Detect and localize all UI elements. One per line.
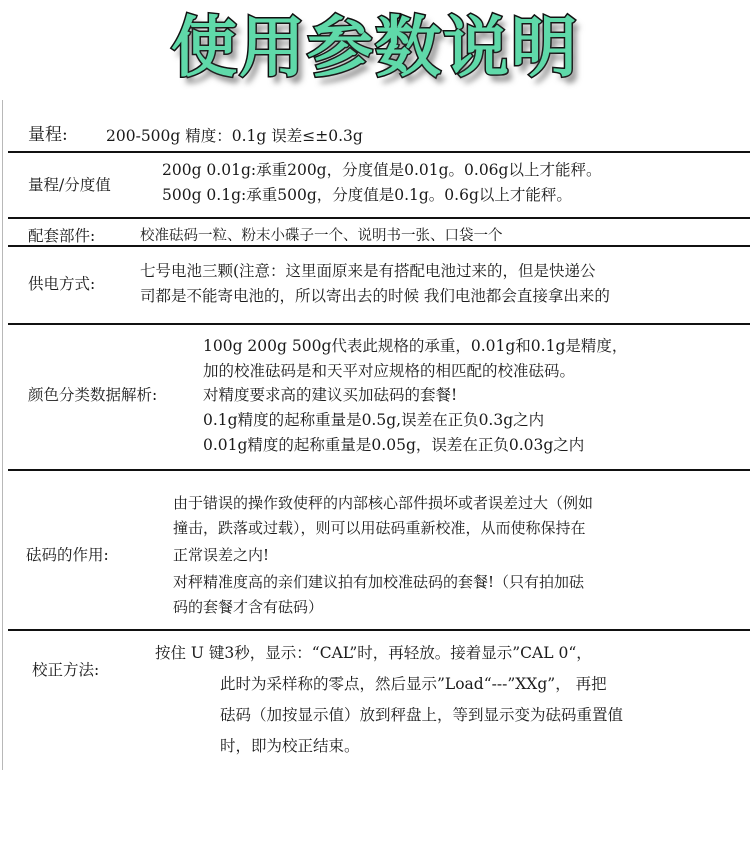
divider — [8, 245, 750, 247]
calibration-label: 校正方法: — [32, 658, 99, 682]
weight-use-line-5: 码的套餐才含有砝码） — [173, 595, 323, 619]
title-banner: 使用参数说明 — [0, 4, 750, 96]
divider — [8, 217, 750, 219]
calibration-line-2: 此时为采样称的零点，然后显示”Load“---”XXg”， 再把 — [220, 672, 607, 696]
divider — [8, 629, 750, 631]
color-class-line-1: 100g 200g 500g代表此规格的承重，0.01g和0.1g是精度， — [203, 334, 627, 358]
range-label: 量程: — [28, 123, 68, 147]
power-line-1: 七号电池三颗(注意：这里面原来是有搭配电池过来的，但是快递公 — [140, 259, 596, 283]
division-line-2: 500g 0.1g:承重500g，分度值是0.1g。0.6g以上才能秤。 — [162, 183, 572, 207]
weight-use-line-1: 由于错误的操作致使秤的内部核心部件损坏或者误差过大（例如 — [173, 491, 593, 515]
weight-use-label: 砝码的作用: — [26, 543, 109, 567]
page-title: 使用参数说明 — [171, 4, 579, 92]
divider — [8, 323, 750, 325]
left-border-line — [2, 100, 3, 770]
calibration-line-4: 时，即为校正结束。 — [220, 734, 360, 758]
color-class-line-4: 0.1g精度的起称重量是0.5g,误差在正负0.3g之内 — [203, 408, 544, 432]
color-class-label: 颜色分类数据解析: — [28, 383, 157, 407]
divider — [8, 151, 750, 153]
divider — [8, 469, 750, 471]
calibration-line-3: 砝码（加按显示值）放到秤盘上，等到显示变为砝码重置值 — [220, 703, 623, 727]
color-class-line-5: 0.01g精度的起称重量是0.05g，误差在正负0.03g之内 — [203, 433, 584, 457]
power-line-2: 司都是不能寄电池的，所以寄出去的时候 我们电池都会直接拿出来的 — [140, 284, 610, 308]
range-value: 200-500g 精度：0.1g 误差≤±0.3g — [106, 124, 363, 148]
weight-use-line-4: 对秤精准度高的亲们建议拍有加校准砝码的套餐!（只有拍加砝 — [173, 570, 584, 594]
weight-use-line-3: 正常误差之内! — [173, 543, 269, 567]
power-label: 供电方式: — [28, 272, 95, 296]
weight-use-line-2: 撞击，跌落或过载），则可以用砝码重新校准，从而使称保持在 — [173, 516, 586, 540]
division-line-1: 200g 0.01g:承重200g，分度值是0.01g。0.06g以上才能秤。 — [162, 158, 601, 182]
color-class-line-3: 对精度要求高的建议买加砝码的套餐! — [203, 383, 457, 407]
division-label: 量程/分度值 — [28, 173, 111, 197]
color-class-line-2: 加的校准砝码是和天平对应规格的相匹配的校准砝码。 — [203, 359, 575, 383]
calibration-line-1: 按住 U 键3秒，显示：“CAL”时，再轻放。接着显示”CAL 0“， — [155, 641, 592, 665]
